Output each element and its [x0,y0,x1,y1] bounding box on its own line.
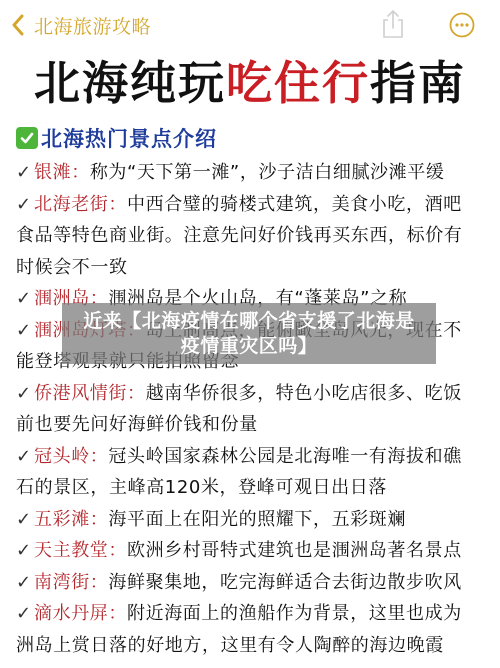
attractions-list: ✓银滩：称为“天下第一滩”，沙子洁白细腻沙滩平缓 ✓北海老街：中西合璧的骑楼式建… [16,157,488,661]
list-item-continuation: 食品等特色商业街。注意先问好价钱再买东西，标价有 [16,220,488,252]
list-item: ✓侨港风情街：越南华侨很多，特色小吃店很多、吃饭 [16,378,488,410]
share-icon [381,9,405,39]
attraction-desc: 越南华侨很多，特色小吃店很多、吃饭 [146,383,462,404]
attraction-desc: 中西合璧的骑楼式建筑，美食小吃，酒吧 [127,194,462,215]
attraction-desc: 海平面上在阳光的照耀下，五彩斑斓 [108,509,406,530]
list-item-continuation: 石的景区，主峰高120米，登峰可观日出日落 [16,472,488,504]
list-item-continuation: 时候会不一致 [16,252,488,284]
title-highlight: 吃住行 [226,56,370,110]
list-item: ✓滴水丹屏：附近海面上的渔船作为背景，这里也成为 [16,598,488,630]
back-label: 北海旅游攻略 [34,12,151,39]
attraction-name: 冠头岭： [34,446,108,467]
list-item: ✓北海老街：中西合璧的骑楼式建筑，美食小吃，酒吧 [16,189,488,221]
attraction-desc: 食品等特色商业街。注意先问好价钱再买东西，标价有 [16,225,462,246]
check-icon: ✓ [16,504,34,536]
attraction-name: 银滩： [34,162,90,183]
title-part-2: 指南 [370,56,466,110]
check-icon: ✓ [16,189,34,221]
more-icon [449,12,475,38]
check-icon: ✓ [16,283,34,315]
attraction-desc: 海鲜聚集地，吃完海鲜适合去街边散步吹风 [108,572,461,593]
attraction-desc: 冠头岭国家森林公园是北海唯一有海拔和礁 [108,446,461,467]
list-item-continuation: 洲岛上赏日落的好地方，这里有令人陶醉的海边晚霞 [16,630,488,662]
attraction-desc: 称为“天下第一滩”，沙子洁白细腻沙滩平缓 [90,162,445,183]
attraction-desc: 石的景区，主峰高120米，登峰可观日出日落 [16,477,387,498]
attraction-desc: 洲岛上赏日落的好地方，这里有令人陶醉的海边晚霞 [16,635,444,656]
list-item-continuation: 前也要先问好海鲜价钱和份量 [16,409,488,441]
top-navigation-bar: 北海旅游攻略 [0,0,500,50]
list-item: ✓冠头岭：冠头岭国家森林公园是北海唯一有海拔和礁 [16,441,488,473]
check-icon: ✓ [16,315,34,347]
attraction-name: 侨港风情街： [34,383,146,404]
list-item: ✓银滩：称为“天下第一滩”，沙子洁白细腻沙滩平缓 [16,157,488,189]
attraction-desc: 时候会不一致 [16,257,128,278]
list-item: ✓天主教堂：欧洲乡村哥特式建筑也是涠洲岛著名景点 [16,535,488,567]
chevron-left-icon [10,14,26,36]
list-item: ✓南湾街：海鲜聚集地，吃完海鲜适合去街边散步吹风 [16,567,488,599]
check-box-icon [16,127,38,149]
more-button[interactable] [449,12,475,38]
attraction-name: 五彩滩： [34,509,108,530]
back-button[interactable]: 北海旅游攻略 [10,10,151,40]
check-icon: ✓ [16,535,34,567]
check-icon: ✓ [16,598,34,630]
attraction-name: 天主教堂： [34,540,127,561]
attraction-desc: 附近海面上的渔船作为背景，这里也成为 [127,603,462,624]
attraction-desc: 前也要先问好海鲜价钱和份量 [16,414,258,435]
section-heading: 北海热门景点介绍 [16,123,217,153]
title-part-1: 北海纯玩 [34,56,226,110]
attraction-desc: 欧洲乡村哥特式建筑也是涠洲岛著名景点 [127,540,462,561]
attraction-name: 滴水丹屏： [34,603,127,624]
page-title: 北海纯玩吃住行指南 [0,52,500,114]
check-icon: ✓ [16,378,34,410]
overlay-caption-text: 近来【北海疫情在哪个省支援了北海是疫情重灾区吗】 [79,309,419,359]
attraction-name: 南湾街： [34,572,108,593]
share-button[interactable] [381,9,405,39]
attraction-name: 北海老街： [34,194,127,215]
list-item: ✓五彩滩：海平面上在阳光的照耀下，五彩斑斓 [16,504,488,536]
check-icon: ✓ [16,157,34,189]
check-icon: ✓ [16,567,34,599]
section-label: 北海热门景点介绍 [41,123,217,153]
check-icon: ✓ [16,441,34,473]
caption-overlay: 近来【北海疫情在哪个省支援了北海是疫情重灾区吗】 [62,303,436,364]
